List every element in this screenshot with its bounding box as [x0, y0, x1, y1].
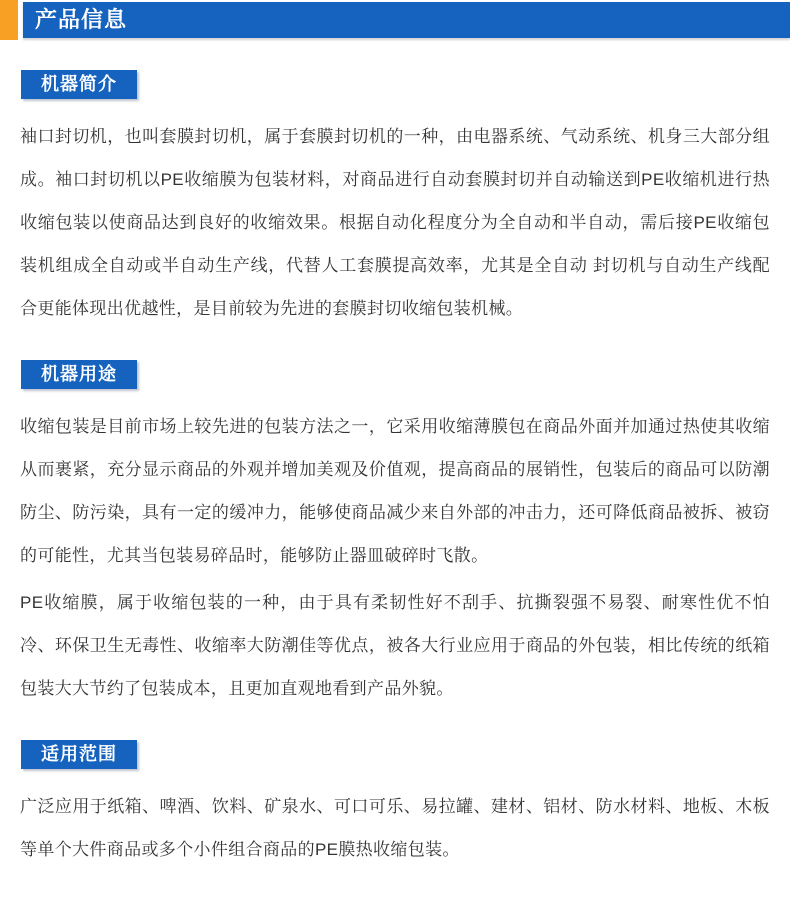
section-badge-applicable-scope: 适用范围 [21, 740, 137, 769]
section-machine-intro: 机器简介 袖口封切机，也叫套膜封切机，属于套膜封切机的一种，由电器系统、气动系统… [20, 40, 770, 330]
section-machine-uses: 机器用途 收缩包装是目前市场上较先进的包装方法之一，它采用收缩薄膜包在商品外面并… [20, 330, 770, 710]
page-title: 产品信息 [23, 2, 790, 38]
machine-intro-paragraph: 袖口封切机，也叫套膜封切机，属于套膜封切机的一种，由电器系统、气动系统、机身三大… [20, 115, 770, 330]
product-info-content: 机器简介 袖口封切机，也叫套膜封切机，属于套膜封切机的一种，由电器系统、气动系统… [0, 40, 790, 871]
section-badge-machine-intro: 机器简介 [21, 70, 137, 99]
section-applicable-scope: 适用范围 广泛应用于纸箱、啤酒、饮料、矿泉水、可口可乐、易拉罐、建材、铝材、防水… [20, 710, 770, 871]
header-accent-bar [0, 0, 18, 40]
machine-uses-paragraph-2: PE收缩膜，属于收缩包装的一种，由于具有柔韧性好不刮手、抗撕裂强不易裂、耐寒性优… [20, 581, 770, 710]
page-header: 产品信息 [0, 0, 790, 40]
section-badge-machine-uses: 机器用途 [21, 360, 137, 389]
machine-uses-paragraph-1: 收缩包装是目前市场上较先进的包装方法之一，它采用收缩薄膜包在商品外面并加通过热使… [20, 405, 770, 577]
applicable-scope-paragraph: 广泛应用于纸箱、啤酒、饮料、矿泉水、可口可乐、易拉罐、建材、铝材、防水材料、地板… [20, 785, 770, 871]
